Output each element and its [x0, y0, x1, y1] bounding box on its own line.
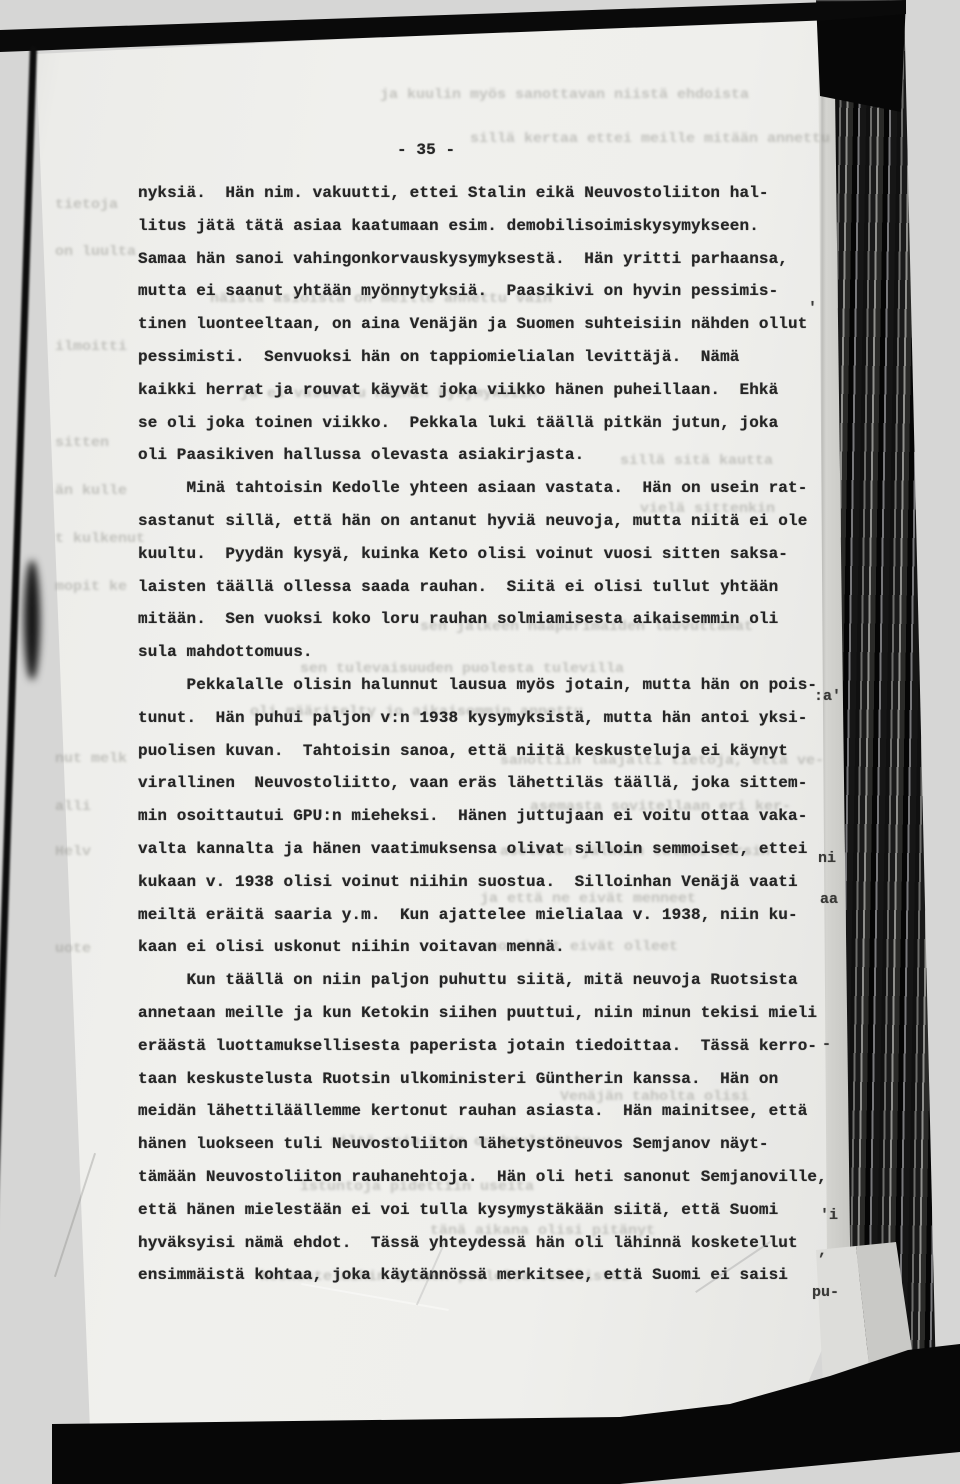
- margin-fragments-layer: ':a'niaa-'i,pu-: [0, 0, 960, 1484]
- edge-text-fragment: :a': [814, 688, 841, 705]
- photographed-document-page: { "document": { "page_number": "- 35 -",…: [0, 0, 960, 1484]
- edge-text-fragment: ni: [818, 850, 836, 867]
- edge-text-fragment: ': [808, 300, 817, 317]
- edge-text-fragment: pu-: [812, 1284, 839, 1301]
- edge-text-fragment: aa: [820, 891, 838, 908]
- edge-text-fragment: ,: [818, 1243, 827, 1260]
- edge-text-fragment: 'i: [820, 1207, 838, 1224]
- edge-text-fragment: -: [822, 1036, 831, 1053]
